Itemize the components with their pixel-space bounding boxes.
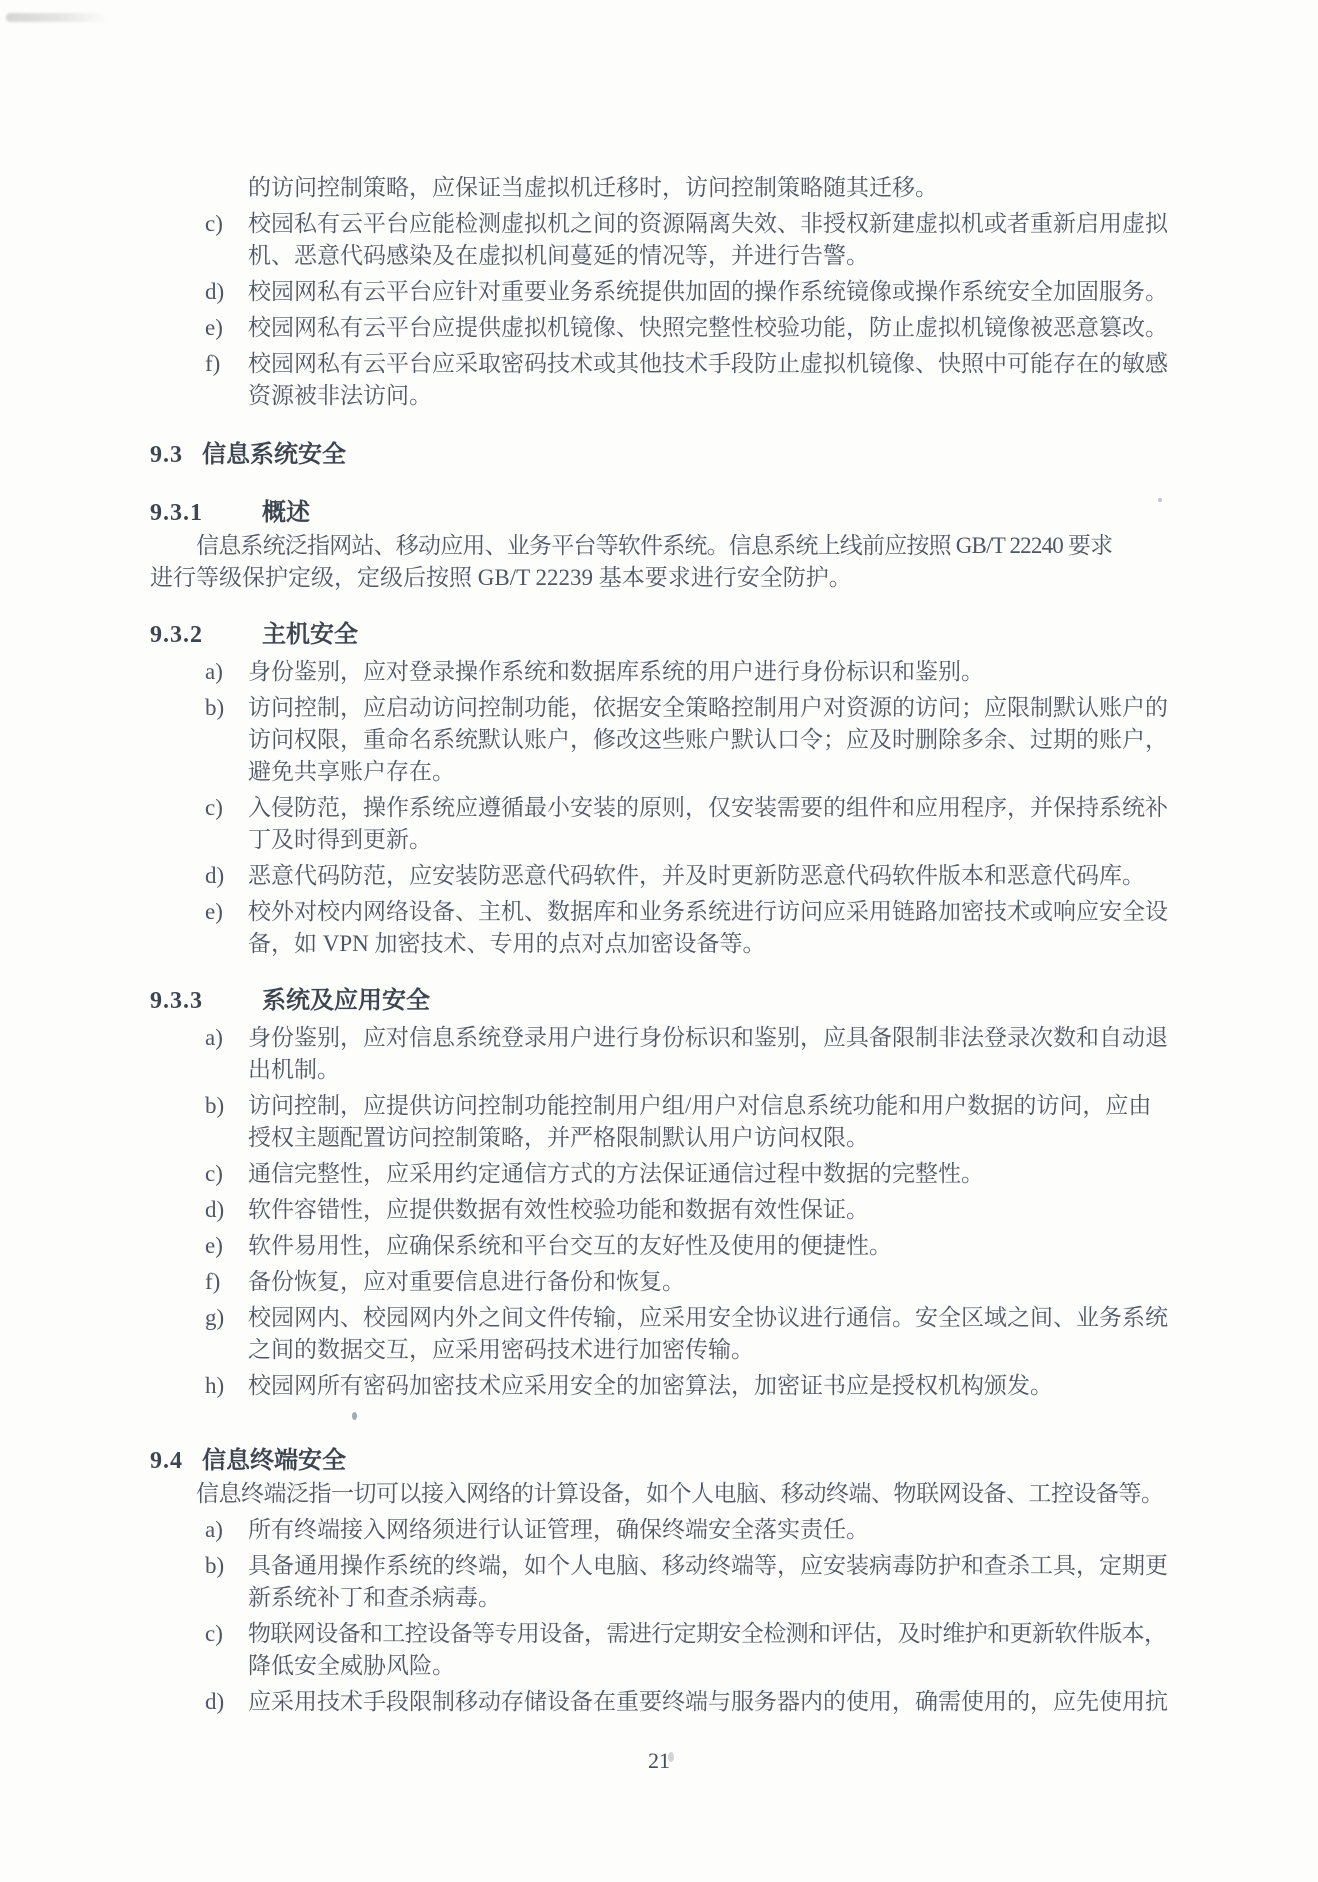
list-item-a: a) 所有终端接入网络须进行认证管理，确保终端安全落实责任。: [150, 1514, 1168, 1546]
text-line: 资源被非法访问。: [248, 380, 1168, 412]
scan-speck-artifact: [1158, 498, 1162, 502]
section-title: 信息系统安全: [202, 438, 346, 472]
list-item-text: 备份恢复，应对重要信息进行备份和恢复。: [248, 1266, 1168, 1298]
subsection-heading-9-3-2: 9.3.2 主机安全: [150, 618, 1168, 652]
list-item-label: b): [205, 1090, 248, 1154]
text-line: 机、恶意代码感染及在虚拟机间蔓延的情况等，并进行告警。: [248, 240, 1168, 272]
list-item-a: a) 身份鉴别，应对信息系统登录用户进行身份标识和鉴别，应具备限制非法登录次数和…: [150, 1022, 1168, 1086]
list-item-text: 具备通用操作系统的终端，如个人电脑、移动终端等，应安装病毒防护和查杀工具，定期更…: [248, 1550, 1168, 1614]
list-item-label: d): [205, 860, 248, 892]
list-item-label: g): [205, 1302, 248, 1366]
text-line: 身份鉴别，应对信息系统登录用户进行身份标识和鉴别，应具备限制非法登录次数和自动退: [248, 1022, 1168, 1054]
list-item-text: 身份鉴别，应对登录操作系统和数据库系统的用户进行身份标识和鉴别。: [248, 656, 1168, 688]
subsection-title: 概述: [262, 496, 310, 530]
text-line: 访问权限，重命名系统默认账户，修改这些账户默认口令；应及时删除多余、过期的账户，: [248, 724, 1168, 756]
subsection-number: 9.3.2: [150, 618, 262, 652]
list-item-text: 校园私有云平台应能检测虚拟机之间的资源隔离失效、非授权新建虚拟机或者重新启用虚拟…: [248, 208, 1168, 272]
list-item-h: h) 校园网所有密码加密技术应采用安全的加密算法，加密证书应是授权机构颁发。: [150, 1370, 1168, 1402]
list-item-f: f) 备份恢复，应对重要信息进行备份和恢复。: [150, 1266, 1168, 1298]
list-item-label: c): [205, 1618, 248, 1682]
list-item-g: g) 校园网内、校园网内外之间文件传输，应采用安全协议进行通信。安全区域之间、业…: [150, 1302, 1168, 1366]
section-heading-9-4: 9.4 信息终端安全: [150, 1444, 1168, 1478]
page-content: 的访问控制策略，应保证当虚拟机迁移时，访问控制策略随其迁移。 c) 校园私有云平…: [0, 0, 1318, 1776]
list-item-label: c): [205, 1158, 248, 1190]
text-line: 丁及时得到更新。: [248, 824, 1168, 856]
text-line: 软件容错性，应提供数据有效性校验功能和数据有效性保证。: [248, 1194, 1168, 1226]
scan-smudge-artifact: [6, 13, 108, 22]
list-item-text: 校园网私有云平台应采取密码技术或其他技术手段防止虚拟机镜像、快照中可能存在的敏感…: [248, 348, 1168, 412]
list-item-text: 应采用技术手段限制移动存储设备在重要终端与服务器内的使用，确需使用的，应先使用抗: [248, 1686, 1168, 1718]
list-item-a: a) 身份鉴别，应对登录操作系统和数据库系统的用户进行身份标识和鉴别。: [150, 656, 1168, 688]
scan-speck-artifact: [352, 1412, 357, 1420]
list-item-text: 访问控制，应启动访问控制功能，依据安全策略控制用户对资源的访问；应限制默认账户的…: [248, 692, 1168, 788]
text-line: 校园网私有云平台应针对重要业务系统提供加固的操作系统镜像或操作系统安全加固服务。: [248, 276, 1168, 308]
subsection-number: 9.3.3: [150, 984, 262, 1018]
section-title: 信息终端安全: [202, 1444, 346, 1478]
list-item-text: 通信完整性，应采用约定通信方式的方法保证通信过程中数据的完整性。: [248, 1158, 1168, 1190]
text-line: 通信完整性，应采用约定通信方式的方法保证通信过程中数据的完整性。: [248, 1158, 1168, 1190]
text-line: 降低安全威胁风险。: [248, 1650, 1168, 1682]
text-line: 新系统补丁和查杀病毒。: [248, 1582, 1168, 1614]
text-line: 校园网所有密码加密技术应采用安全的加密算法，加密证书应是授权机构颁发。: [248, 1370, 1168, 1402]
text-line: 校园网内、校园网内外之间文件传输，应采用安全协议进行通信。安全区域之间、业务系统: [248, 1302, 1168, 1334]
list-item-text: 恶意代码防范，应安装防恶意代码软件，并及时更新防恶意代码软件版本和恶意代码库。: [248, 860, 1168, 892]
list-item-d: d) 恶意代码防范，应安装防恶意代码软件，并及时更新防恶意代码软件版本和恶意代码…: [150, 860, 1168, 892]
text-line: 身份鉴别，应对登录操作系统和数据库系统的用户进行身份标识和鉴别。: [248, 656, 1168, 688]
document-page: 的访问控制策略，应保证当虚拟机迁移时，访问控制策略随其迁移。 c) 校园私有云平…: [0, 0, 1318, 1882]
list-item-text: 校外对校内网络设备、主机、数据库和业务系统进行访问应采用链路加密技术或响应安全设…: [248, 896, 1168, 960]
list-item-text: 校园网内、校园网内外之间文件传输，应采用安全协议进行通信。安全区域之间、业务系统…: [248, 1302, 1168, 1366]
paragraph-line: 信息系统泛指网站、移动应用、业务平台等软件系统。信息系统上线前应按照 GB/T …: [150, 530, 1168, 562]
list-item-d: d) 应采用技术手段限制移动存储设备在重要终端与服务器内的使用，确需使用的，应先…: [150, 1686, 1168, 1718]
subsection-heading-9-3-3: 9.3.3 系统及应用安全: [150, 984, 1168, 1018]
text-line: 所有终端接入网络须进行认证管理，确保终端安全落实责任。: [248, 1514, 1168, 1546]
paragraph-line: 进行等级保护定级，定级后按照 GB/T 22239 基本要求进行安全防护。: [150, 562, 1168, 594]
list-item-e: e) 校外对校内网络设备、主机、数据库和业务系统进行访问应采用链路加密技术或响应…: [150, 896, 1168, 960]
section-heading-9-3: 9.3 信息系统安全: [150, 438, 1168, 472]
list-item-c: c) 物联网设备和工控设备等专用设备，需进行定期安全检测和评估，及时维护和更新软…: [150, 1618, 1168, 1682]
continuation-text-line: 的访问控制策略，应保证当虚拟机迁移时，访问控制策略随其迁移。: [248, 172, 1168, 204]
list-item-text: 所有终端接入网络须进行认证管理，确保终端安全落实责任。: [248, 1514, 1168, 1546]
text-line: 之间的数据交互，应采用密码技术进行加密传输。: [248, 1334, 1168, 1366]
subsection-title: 主机安全: [262, 618, 358, 652]
section-number: 9.3: [150, 438, 202, 472]
list-item-e: e) 软件易用性，应确保系统和平台交互的友好性及使用的便捷性。: [150, 1230, 1168, 1262]
list-item-c: c) 通信完整性，应采用约定通信方式的方法保证通信过程中数据的完整性。: [150, 1158, 1168, 1190]
list-item-label: c): [205, 792, 248, 856]
list-item-b: b) 访问控制，应启动访问控制功能，依据安全策略控制用户对资源的访问；应限制默认…: [150, 692, 1168, 788]
text-line: 出机制。: [248, 1054, 1168, 1086]
list-item-d: d) 软件容错性，应提供数据有效性校验功能和数据有效性保证。: [150, 1194, 1168, 1226]
text-line: 授权主题配置访问控制策略，并严格限制默认用户访问权限。: [248, 1122, 1168, 1154]
subsection-title: 系统及应用安全: [262, 984, 430, 1018]
paragraph-9-3-1: 信息系统泛指网站、移动应用、业务平台等软件系统。信息系统上线前应按照 GB/T …: [150, 530, 1168, 594]
list-item-label: a): [205, 1514, 248, 1546]
list-item-e: e) 校园网私有云平台应提供虚拟机镜像、快照完整性校验功能，防止虚拟机镜像被恶意…: [150, 312, 1168, 344]
list-item-b: b) 访问控制，应提供访问控制功能控制用户组/用户对信息系统功能和用户数据的访问…: [150, 1090, 1168, 1154]
list-item-text: 软件容错性，应提供数据有效性校验功能和数据有效性保证。: [248, 1194, 1168, 1226]
list-item-text: 访问控制，应提供访问控制功能控制用户组/用户对信息系统功能和用户数据的访问，应由…: [248, 1090, 1168, 1154]
text-line: 校园网私有云平台应提供虚拟机镜像、快照完整性校验功能，防止虚拟机镜像被恶意篡改。: [248, 312, 1168, 344]
list-item-label: a): [205, 1022, 248, 1086]
list-item-text: 软件易用性，应确保系统和平台交互的友好性及使用的便捷性。: [248, 1230, 1168, 1262]
subsection-heading-9-3-1: 9.3.1 概述: [150, 496, 1168, 530]
list-item-label: d): [205, 276, 248, 308]
list-item-text: 物联网设备和工控设备等专用设备，需进行定期安全检测和评估，及时维护和更新软件版本…: [248, 1618, 1168, 1682]
list-item-label: e): [205, 896, 248, 960]
text-line: 软件易用性，应确保系统和平台交互的友好性及使用的便捷性。: [248, 1230, 1168, 1262]
list-item-label: c): [205, 208, 248, 272]
list-item-label: e): [205, 1230, 248, 1262]
list-item-text: 校园网私有云平台应针对重要业务系统提供加固的操作系统镜像或操作系统安全加固服务。: [248, 276, 1168, 308]
text-line: 避免共享账户存在。: [248, 756, 1168, 788]
text-line: 入侵防范，操作系统应遵循最小安装的原则，仅安装需要的组件和应用程序，并保持系统补: [248, 792, 1168, 824]
list-item-label: f): [205, 348, 248, 412]
paragraph-line: 信息终端泛指一切可以接入网络的计算设备，如个人电脑、移动终端、物联网设备、工控设…: [150, 1478, 1168, 1510]
subsection-number: 9.3.1: [150, 496, 262, 530]
text-line: 物联网设备和工控设备等专用设备，需进行定期安全检测和评估，及时维护和更新软件版本…: [248, 1618, 1168, 1650]
list-item-c: c) 校园私有云平台应能检测虚拟机之间的资源隔离失效、非授权新建虚拟机或者重新启…: [150, 208, 1168, 272]
list-item-label: d): [205, 1194, 248, 1226]
text-line: 应采用技术手段限制移动存储设备在重要终端与服务器内的使用，确需使用的，应先使用抗: [248, 1686, 1168, 1718]
list-item-text: 校园网所有密码加密技术应采用安全的加密算法，加密证书应是授权机构颁发。: [248, 1370, 1168, 1402]
text-line: 校园网私有云平台应采取密码技术或其他技术手段防止虚拟机镜像、快照中可能存在的敏感: [248, 348, 1168, 380]
text-line: 访问控制，应启动访问控制功能，依据安全策略控制用户对资源的访问；应限制默认账户的: [248, 692, 1168, 724]
list-item-text: 身份鉴别，应对信息系统登录用户进行身份标识和鉴别，应具备限制非法登录次数和自动退…: [248, 1022, 1168, 1086]
text-line: 访问控制，应提供访问控制功能控制用户组/用户对信息系统功能和用户数据的访问，应由: [248, 1090, 1168, 1122]
list-item-f: f) 校园网私有云平台应采取密码技术或其他技术手段防止虚拟机镜像、快照中可能存在…: [150, 348, 1168, 412]
list-item-label: d): [205, 1686, 248, 1718]
list-item-b: b) 具备通用操作系统的终端，如个人电脑、移动终端等，应安装病毒防护和查杀工具，…: [150, 1550, 1168, 1614]
list-item-text: 入侵防范，操作系统应遵循最小安装的原则，仅安装需要的组件和应用程序，并保持系统补…: [248, 792, 1168, 856]
list-item-label: f): [205, 1266, 248, 1298]
list-item-label: b): [205, 1550, 248, 1614]
page-number: 21: [150, 1746, 1168, 1776]
text-line: 恶意代码防范，应安装防恶意代码软件，并及时更新防恶意代码软件版本和恶意代码库。: [248, 860, 1168, 892]
list-item-label: h): [205, 1370, 248, 1402]
text-line: 校园私有云平台应能检测虚拟机之间的资源隔离失效、非授权新建虚拟机或者重新启用虚拟: [248, 208, 1168, 240]
text-line: 备，如 VPN 加密技术、专用的点对点加密设备等。: [248, 928, 1168, 960]
paragraph-9-4: 信息终端泛指一切可以接入网络的计算设备，如个人电脑、移动终端、物联网设备、工控设…: [150, 1478, 1168, 1510]
scan-speck-artifact: [668, 1752, 674, 1762]
list-item-text: 校园网私有云平台应提供虚拟机镜像、快照完整性校验功能，防止虚拟机镜像被恶意篡改。: [248, 312, 1168, 344]
list-item-d: d) 校园网私有云平台应针对重要业务系统提供加固的操作系统镜像或操作系统安全加固…: [150, 276, 1168, 308]
text-line: 校外对校内网络设备、主机、数据库和业务系统进行访问应采用链路加密技术或响应安全设: [248, 896, 1168, 928]
list-item-label: e): [205, 312, 248, 344]
text-line: 备份恢复，应对重要信息进行备份和恢复。: [248, 1266, 1168, 1298]
section-number: 9.4: [150, 1444, 202, 1478]
list-item-c: c) 入侵防范，操作系统应遵循最小安装的原则，仅安装需要的组件和应用程序，并保持…: [150, 792, 1168, 856]
list-item-label: b): [205, 692, 248, 788]
list-item-label: a): [205, 656, 248, 688]
text-line: 具备通用操作系统的终端，如个人电脑、移动终端等，应安装病毒防护和查杀工具，定期更: [248, 1550, 1168, 1582]
